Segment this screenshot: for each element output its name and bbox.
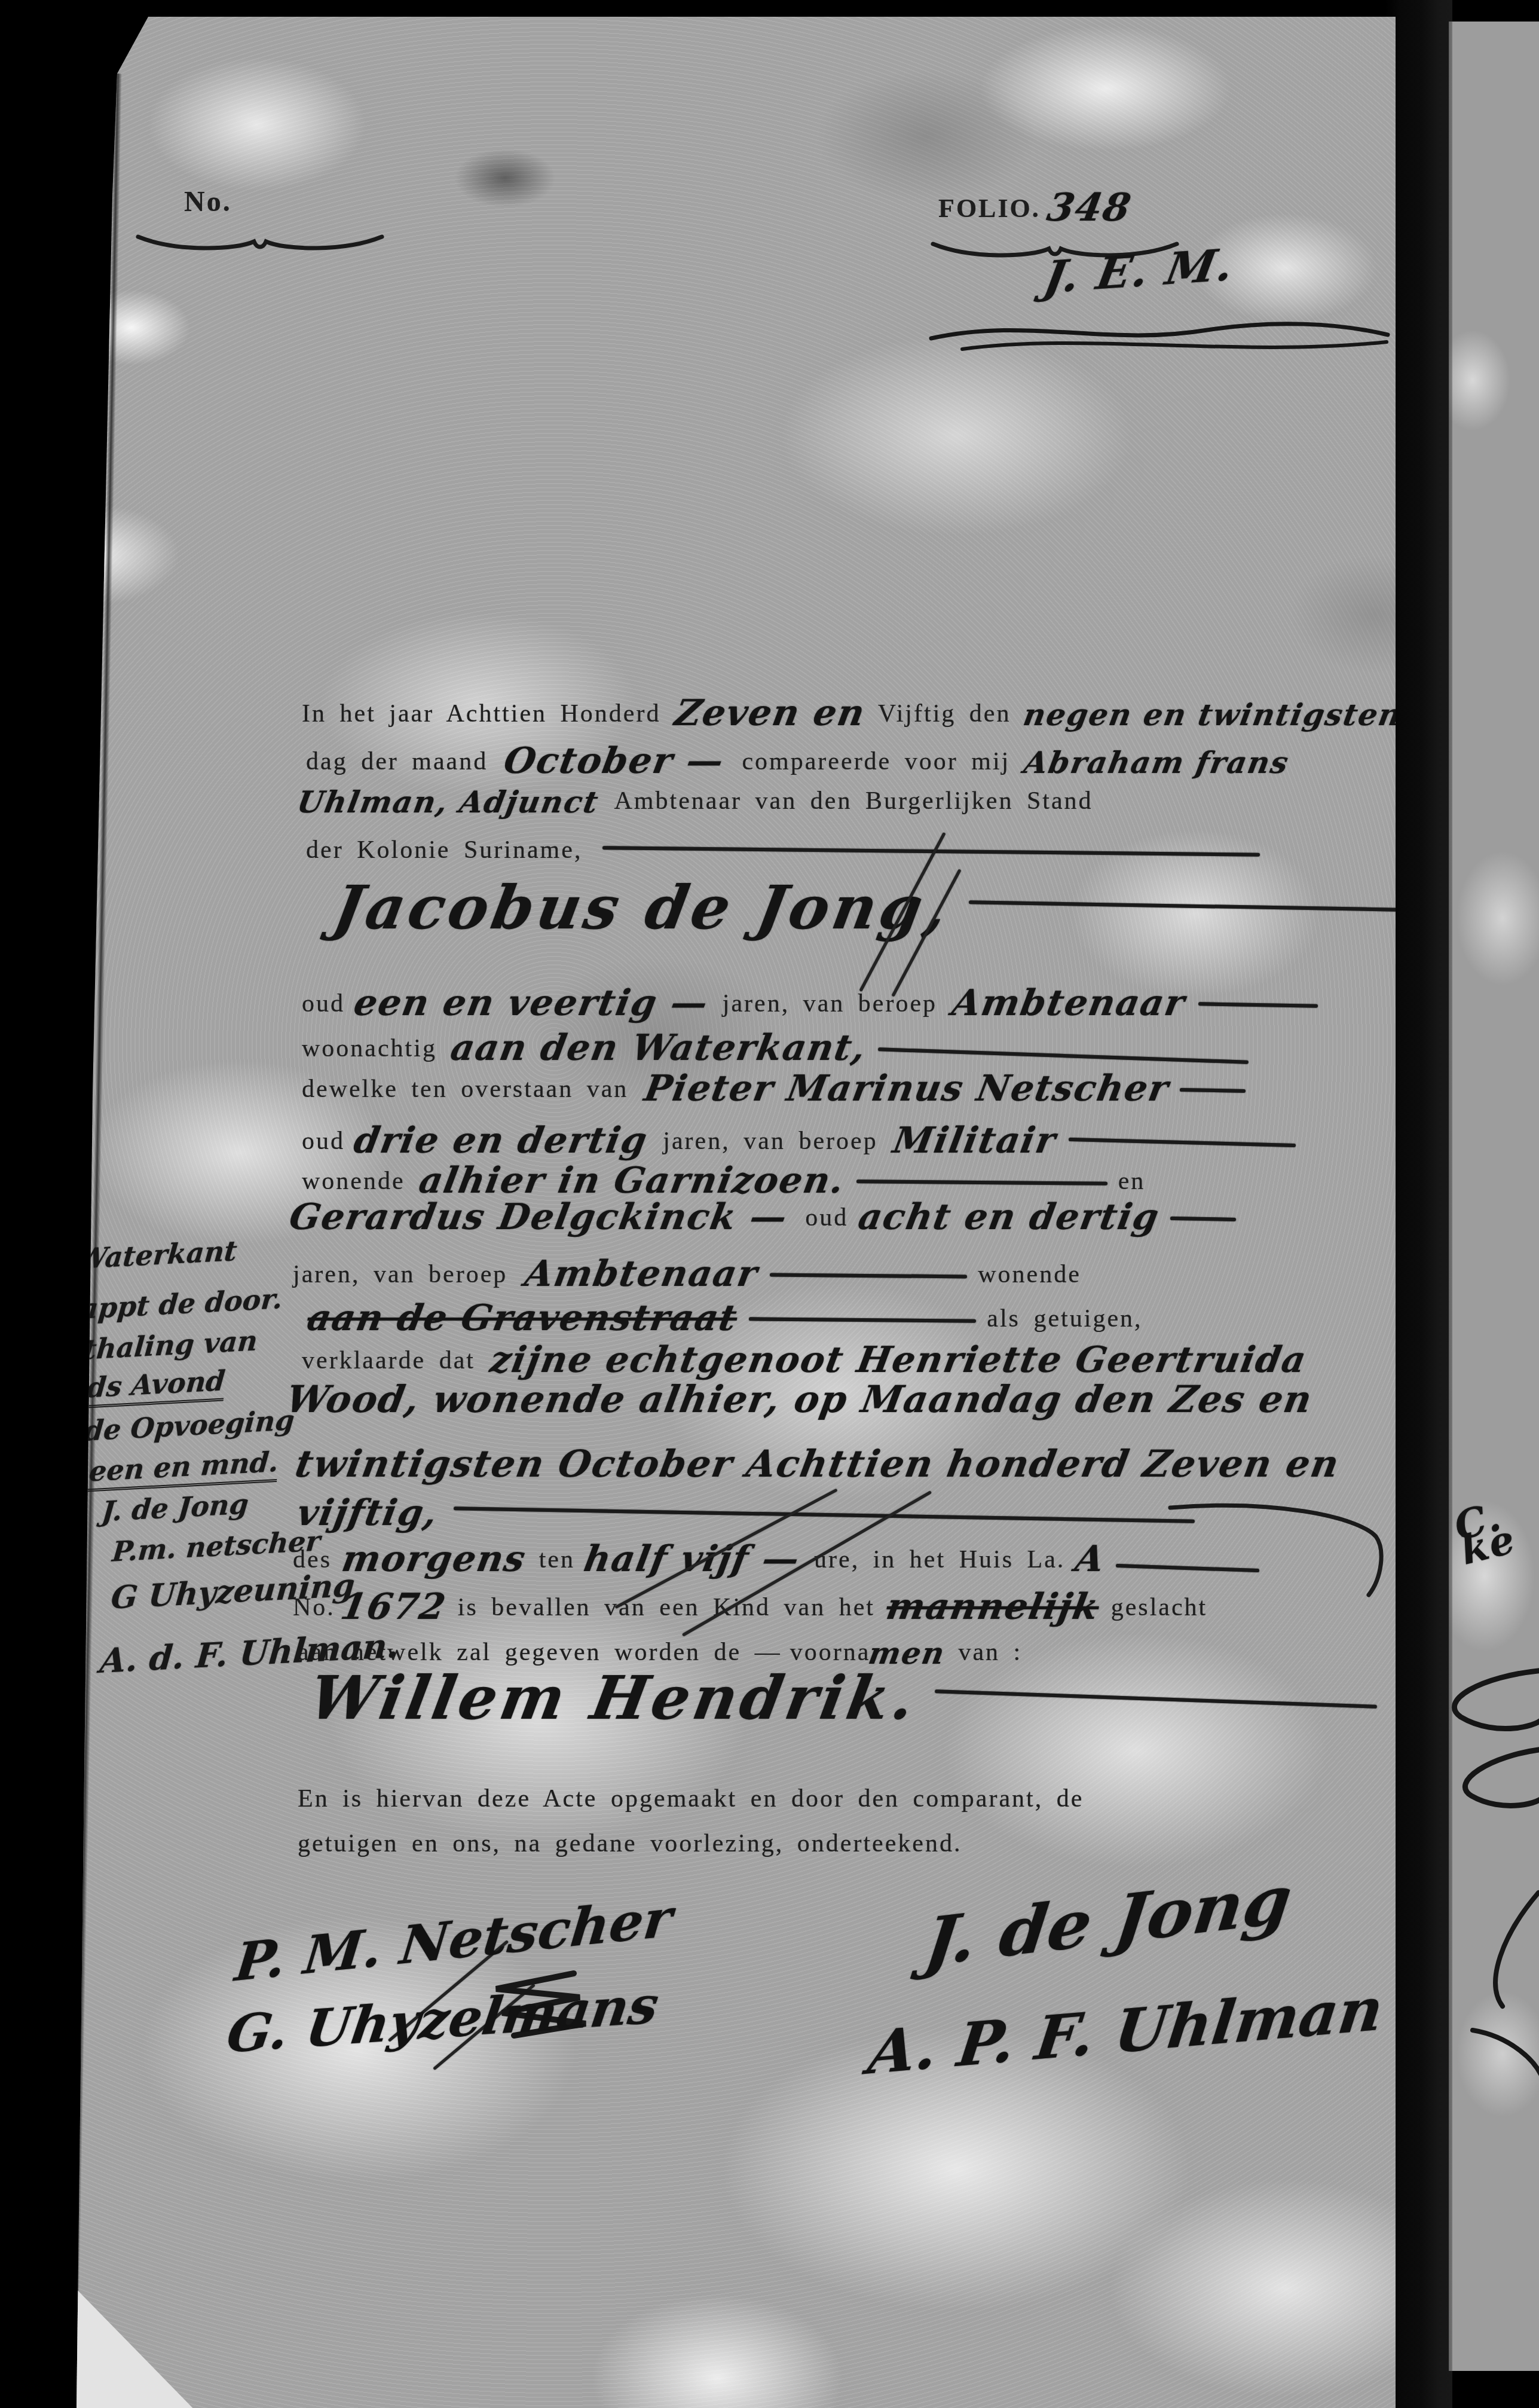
- margin-annotation: Waterkant appt de door. thaling van ds A…: [70, 1230, 346, 1733]
- folio-label: FOLIO.: [938, 194, 1041, 223]
- handwritten-fill-gender: mannelijk: [885, 1594, 1101, 1619]
- printed-text: ure, in het Huis La.: [814, 1546, 1065, 1573]
- margin-text: thaling van: [82, 1324, 259, 1366]
- registrar-initials-block: J. E. M.: [1046, 259, 1232, 286]
- printed-text: ten: [539, 1546, 575, 1573]
- act-line-11: Gerardus Delgckinck — oud acht en dertig: [290, 1203, 1236, 1232]
- adjacent-page-ink-strokes: [1449, 1887, 1539, 2114]
- act-line-06: oud een en veertig — jaren, van beroep A…: [302, 989, 1318, 1018]
- printed-text: compareerde voor mij: [742, 748, 1010, 775]
- handwritten-fill-residence: alhier in Garnizoen.: [417, 1168, 846, 1193]
- signature-declarant: J. de Jong: [920, 1860, 1296, 1982]
- handwritten-fill-profession: Ambtenaar: [524, 1261, 760, 1286]
- printed-text: jaren, van beroep: [723, 990, 937, 1017]
- act-line-01: In het jaar Achttien Honderd Zeven en Vi…: [302, 699, 1413, 728]
- printed-text: jaren, van beroep: [663, 1127, 877, 1155]
- act-line-18: des morgens ten half vijf — ure, in het …: [293, 1545, 1259, 1574]
- folded-corner: [72, 2271, 209, 2408]
- printed-text: jaren, van beroep: [293, 1261, 507, 1288]
- adjacent-page-handwriting-fragment: C. ke: [1452, 1495, 1539, 1564]
- curly-brace-under-no: [134, 232, 385, 256]
- printed-text: van :: [958, 1639, 1022, 1666]
- handwritten-fill-profession: Militair: [891, 1128, 1058, 1153]
- printed-text: dewelke ten overstaan van: [302, 1075, 628, 1103]
- printed-text: En is hiervan deze Acte opgemaakt en doo…: [298, 1785, 1084, 1813]
- handwritten-fill-month: October —: [503, 748, 727, 774]
- ink-rule: [935, 1689, 1377, 1709]
- ink-rule: [1180, 1088, 1246, 1093]
- margin-signature: J. de Jong: [100, 1487, 250, 1527]
- handwritten-fill-address: aan den Waterkant,: [449, 1035, 868, 1061]
- handwritten-fill-time-of-day: morgens: [340, 1547, 528, 1572]
- act-line-16: twintigsten October Achttien honderd Zev…: [296, 1451, 1339, 1477]
- printed-text: oud: [302, 990, 345, 1017]
- printed-text: en: [1118, 1168, 1146, 1195]
- archival-scan: C. ke No. FOLIO. 348 J. E. M.: [0, 0, 1539, 2408]
- ink-rule: [1170, 1217, 1236, 1221]
- ink-rule: [878, 1047, 1249, 1064]
- act-line-08: dewelke ten overstaan van Pieter Marinus…: [302, 1075, 1246, 1104]
- ink-rule: [770, 1273, 967, 1279]
- act-line-04: der Kolonie Suriname,: [306, 836, 1260, 864]
- signature-witness2: G. Uhyzelmans: [223, 1975, 662, 2064]
- handwritten-fill-house-letter: A: [1074, 1547, 1107, 1572]
- act-line-13: aan de Gravenstraat als getuigen,: [308, 1304, 1143, 1333]
- folio-block: FOLIO. 348: [938, 193, 1131, 224]
- handwritten-child-name: Willem Hendrik.: [305, 1668, 922, 1728]
- handwritten-fill-age: drie en dertig: [352, 1128, 650, 1153]
- printed-text: oud: [805, 1204, 848, 1231]
- handwritten-fill-address-struck: aan de Gravenstraat: [305, 1306, 739, 1331]
- handwritten-fill-registrar-name: Uhlman, Adjunct: [295, 790, 601, 815]
- adjacent-page-edge: C. ke: [1449, 22, 1539, 2371]
- act-line-10: wonende alhier in Garnizoen. en: [302, 1167, 1145, 1196]
- handwritten-birth-details: twintigsten October Achttien honderd Zev…: [293, 1451, 1341, 1477]
- margin-text-underlined: een en mnd.: [87, 1446, 280, 1492]
- margin-signature: P.m. netscher: [111, 1524, 322, 1568]
- registrar-initials-handwritten: J. E. M.: [1042, 252, 1237, 291]
- margin-text: Waterkant: [75, 1234, 238, 1275]
- margin-signature: G Uhyzeuning: [109, 1567, 356, 1616]
- binding-crease: [70, 74, 122, 2405]
- printed-text: In het jaar Achttien Honderd: [302, 700, 661, 728]
- act-line-05-declarant-name: Jacobus de Jong,: [335, 878, 1435, 937]
- signature-registrar: A. P. F. Uhlman: [864, 1973, 1387, 2088]
- printed-text: is bevallen van een Kind van het: [458, 1594, 875, 1621]
- ink-rule: [856, 1179, 1107, 1185]
- handwritten-declarant-name: Jacobus de Jong,: [329, 878, 955, 937]
- handwritten-fill-year: Zeven en: [673, 701, 867, 726]
- handwritten-birth-details: Wood, wonende alhier, op Maandag den Zes…: [284, 1387, 1314, 1412]
- act-line-17: vijftig,: [298, 1501, 1195, 1526]
- folio-number-handwritten: 348: [1045, 195, 1133, 221]
- printed-text: dag der maand: [306, 748, 488, 775]
- handwritten-fill-registrar-name: Abraham frans: [1023, 750, 1292, 775]
- act-line-22: En is hiervan deze Acte opgemaakt en doo…: [298, 1784, 1084, 1813]
- no-label: No.: [184, 186, 232, 218]
- act-line-21-child-name: Willem Hendrik.: [311, 1668, 1377, 1728]
- act-line-14: verklaarde dat zijne echtgenoot Henriett…: [302, 1346, 1307, 1375]
- printed-text: geslacht: [1111, 1594, 1208, 1621]
- registrar-initials-flourish: [926, 299, 1393, 365]
- act-line-15: Wood, wonende alhier, op Maandag den Zes…: [287, 1387, 1312, 1412]
- act-line-12: jaren, van beroep Ambtenaar wonende: [293, 1260, 1081, 1289]
- adjacent-page-ink-flourish: [1443, 1660, 1539, 1839]
- printed-text: oud: [302, 1127, 345, 1155]
- act-line-02: dag der maand October — compareerde voor…: [306, 747, 1289, 776]
- act-number-block: No.: [184, 185, 232, 218]
- handwritten-fill-age: een en veertig —: [352, 991, 710, 1016]
- printed-text: der Kolonie Suriname,: [306, 836, 582, 864]
- ink-rule: [1116, 1564, 1259, 1572]
- act-line-09: oud drie en dertig jaren, van beroep Mil…: [302, 1127, 1296, 1156]
- ink-rule: [1069, 1138, 1296, 1147]
- printed-text: woonachtig: [302, 1035, 437, 1062]
- act-line-23: getuigen en ons, na gedane voorlezing, o…: [298, 1829, 962, 1858]
- margin-text-underlined: ds Avond: [85, 1364, 227, 1408]
- handwritten-fill-day: negen en twintigsten,: [1022, 702, 1416, 728]
- printed-text: wonende: [978, 1261, 1081, 1288]
- handwritten-fill-profession: Ambtenaar: [950, 991, 1187, 1016]
- signature-witness1: P. M. Netscher: [232, 1887, 675, 1993]
- ink-rule: [969, 900, 1435, 912]
- printed-text: als getuigen,: [987, 1305, 1142, 1333]
- printed-text: Vijftig den: [878, 700, 1011, 728]
- ink-rule: [454, 1506, 1195, 1523]
- act-line-03: Uhlman, Adjunct Ambtenaar van den Burger…: [298, 787, 1093, 815]
- register-page: No. FOLIO. 348 J. E. M. In het jaar Acht…: [60, 17, 1396, 2408]
- margin-text: de Opvoeging: [83, 1404, 296, 1447]
- ink-rule: [1198, 1002, 1318, 1007]
- printed-text: getuigen en ons, na gedane voorlezing, o…: [298, 1830, 962, 1857]
- printed-text: Ambtenaar van den Burgerlijken Stand: [614, 787, 1093, 815]
- margin-text: appt de door.: [79, 1282, 284, 1325]
- ink-rule: [749, 1317, 976, 1322]
- printed-text: wonende: [302, 1168, 405, 1195]
- handwritten-mother-name: zijne echtgenoot Henriette Geertruida: [488, 1347, 1308, 1373]
- handwritten-witness2-name: Gerardus Delgckinck —: [287, 1205, 790, 1230]
- handwritten-witness1-name: Pieter Marinus Netscher: [643, 1076, 1171, 1101]
- handwritten-fill-age: acht en dertig: [857, 1205, 1162, 1230]
- act-line-07: woonachtig aan den Waterkant,: [302, 1034, 1249, 1063]
